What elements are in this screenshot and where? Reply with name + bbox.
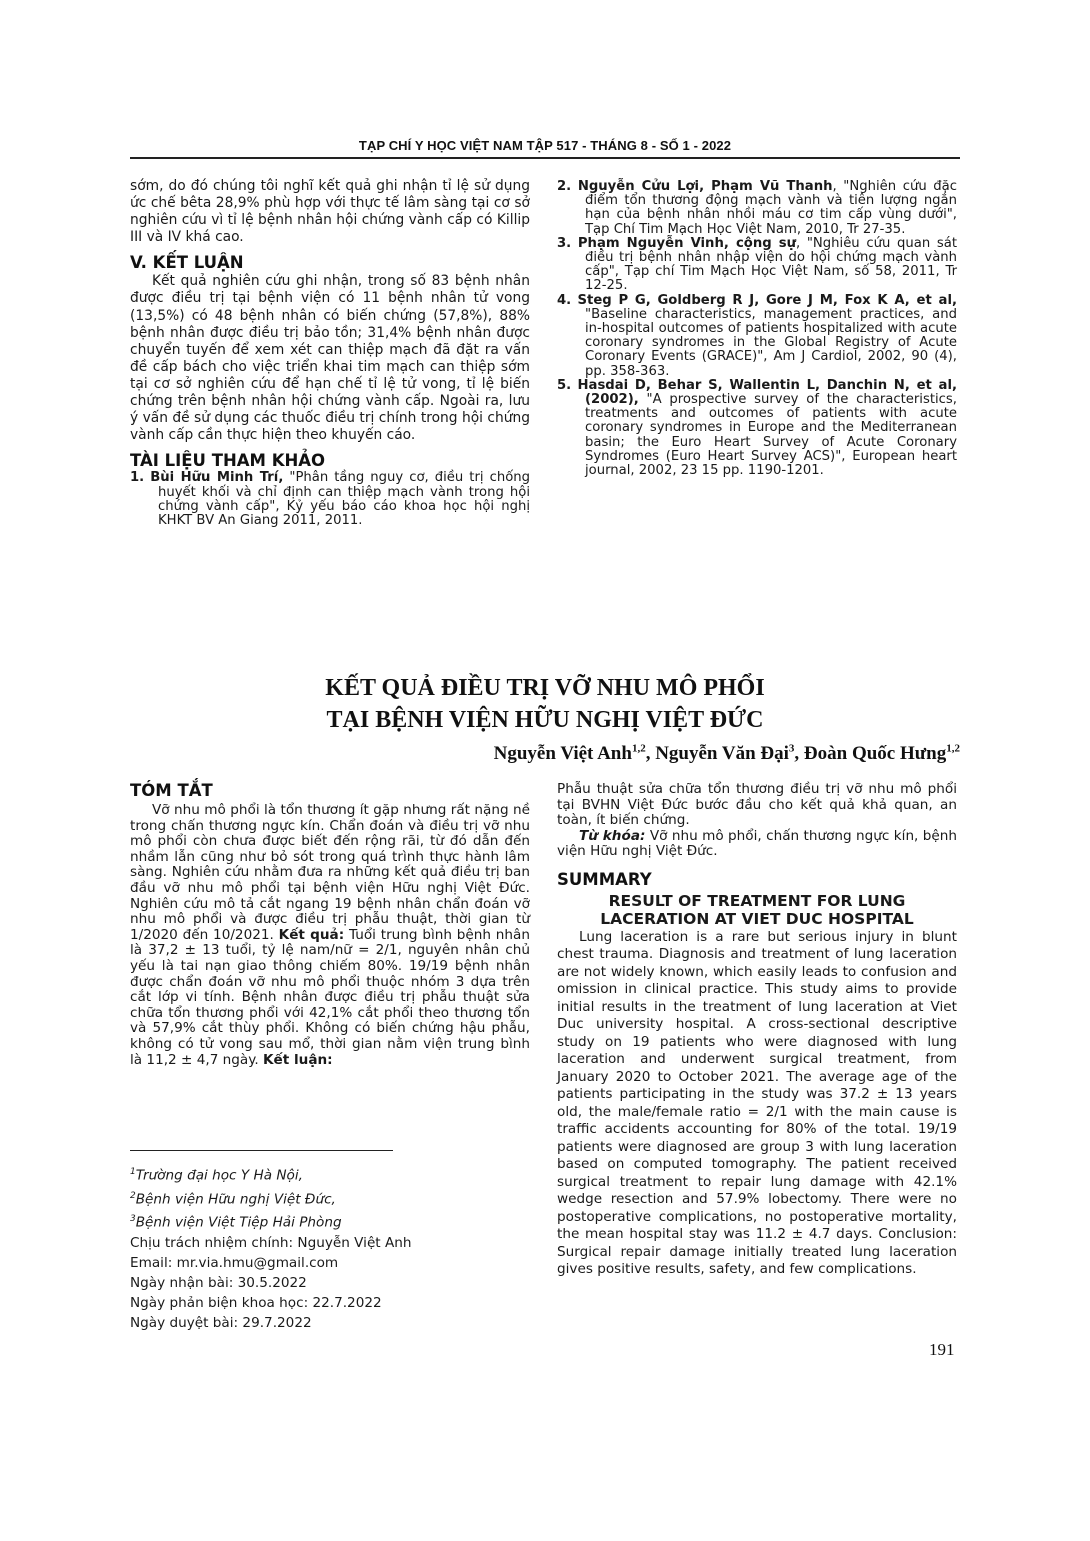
footnote-divider xyxy=(130,1150,393,1151)
summary-title: RESULT OF TREATMENT FOR LUNG LACERATION … xyxy=(557,892,957,929)
corresponding-author: Chịu trách nhiệm chính: Nguyễn Việt Anh xyxy=(130,1233,412,1253)
reference-number: 2. xyxy=(557,179,571,194)
footnotes: 1Trường đại học Y Hà Nội, 2Bệnh viện Hữu… xyxy=(130,1162,412,1333)
reference-number: 3. xyxy=(557,236,571,251)
abstract-body: Vỡ nhu mô phổi là tổn thương ít gặp nhưn… xyxy=(130,802,530,943)
page-number: 191 xyxy=(929,1340,955,1360)
prev-article-left-column: sớm, do đó chúng tôi nghĩ kết quả ghi nh… xyxy=(130,178,530,528)
author-affiliation-mark: 1,2 xyxy=(632,743,646,755)
reference-number: 1. xyxy=(130,470,144,485)
prev-article-right-column: 2. Nguyễn Cửu Lợi, Phạm Vũ Thanh, "Nghiê… xyxy=(557,180,957,478)
author-separator: , xyxy=(794,743,804,764)
author-name: Nguyễn Văn Đại xyxy=(655,743,789,764)
conclusion-text: Phẫu thuật sửa chữa tổn thương điều trị … xyxy=(557,781,957,828)
reference-authors: Steg P G, Goldberg R J, Gore J M, Fox K … xyxy=(578,293,957,308)
reference-number: 5. xyxy=(557,378,571,393)
header-divider xyxy=(130,157,960,159)
article-authors: Nguyễn Việt Anh1,2, Nguyễn Văn Đại3, Đoà… xyxy=(494,742,960,766)
reference-authors: Bùi Hữu Minh Trí, xyxy=(150,470,283,485)
date-reviewed: Ngày phản biện khoa học: 22.7.2022 xyxy=(130,1293,412,1313)
article-title: KẾT QUẢ ĐIỀU TRỊ VỠ NHU MÔ PHỔI TẠI BỆNH… xyxy=(130,672,960,736)
author-separator: , xyxy=(646,743,656,764)
keywords-label: Từ khóa: xyxy=(579,828,645,844)
results-label: Kết quả: xyxy=(279,927,345,943)
affiliation-1: 1Trường đại học Y Hà Nội, xyxy=(130,1162,412,1186)
author-affiliation-mark: 1,2 xyxy=(946,743,960,755)
author-name: Đoàn Quốc Hưng xyxy=(804,743,946,764)
reference-number: 4. xyxy=(557,293,571,308)
abstract-conclusion: Phẫu thuật sửa chữa tổn thương điều trị … xyxy=(557,782,957,829)
article-title-line-1: KẾT QUẢ ĐIỀU TRỊ VỠ NHU MÔ PHỔI xyxy=(130,672,960,704)
date-accepted: Ngày duyệt bài: 29.7.2022 xyxy=(130,1313,412,1333)
abstract-heading: TÓM TẮT xyxy=(130,781,530,801)
affiliation-3: 3Bệnh viện Việt Tiệp Hải Phòng xyxy=(130,1209,412,1233)
results-text: Tuổi trung bình bệnh nhân là 37,2 ± 13 t… xyxy=(130,927,530,1068)
abstract-paragraph: Vỡ nhu mô phổi là tổn thương ít gặp nhưn… xyxy=(130,803,530,1068)
reference-item: 1. Bùi Hữu Minh Trí, "Phân tầng nguy cơ,… xyxy=(130,471,530,528)
affiliation-text: Bệnh viện Hữu nghị Việt Đức, xyxy=(136,1191,336,1207)
summary-heading: SUMMARY xyxy=(557,870,957,890)
reference-authors: Phạm Nguyễn Vinh, cộng sự xyxy=(578,236,796,251)
affiliation-text: Trường đại học Y Hà Nội, xyxy=(136,1168,303,1184)
affiliation-2: 2Bệnh viện Hữu nghị Việt Đức, xyxy=(130,1186,412,1210)
reference-authors: Nguyễn Cửu Lợi, Phạm Vũ Thanh xyxy=(578,179,833,194)
summary-title-line-2: LACERATION AT VIET DUC HOSPITAL xyxy=(557,910,957,929)
reference-text: "A prospective survey of the characteris… xyxy=(585,392,957,478)
reference-text: "Baseline characteristics, management pr… xyxy=(585,307,957,379)
summary-title-line-1: RESULT OF TREATMENT FOR LUNG xyxy=(557,892,957,911)
reference-item: 3. Phạm Nguyễn Vinh, cộng sự, "Nghiêu cứ… xyxy=(557,237,957,294)
date-received: Ngày nhận bài: 30.5.2022 xyxy=(130,1273,412,1293)
continuation-paragraph: sớm, do đó chúng tôi nghĩ kết quả ghi nh… xyxy=(130,178,530,246)
running-header: TẠP CHÍ Y HỌC VIỆT NAM TẬP 517 - THÁNG 8… xyxy=(130,138,960,158)
summary-body: Lung laceration is a rare but serious in… xyxy=(557,929,957,1279)
article-title-line-2: TẠI BỆNH VIỆN HỮU NGHỊ VIỆT ĐỨC xyxy=(130,704,960,736)
conclusion-paragraph: Kết quả nghiên cứu ghi nhận, trong số 83… xyxy=(130,273,530,444)
reference-item: 5. Hasdai D, Behar S, Wallentin L, Danch… xyxy=(557,379,957,478)
affiliation-text: Bệnh viện Việt Tiệp Hải Phòng xyxy=(136,1215,342,1231)
keywords: Từ khóa: Vỡ nhu mô phổi, chấn thương ngự… xyxy=(557,829,957,860)
reference-item: 4. Steg P G, Goldberg R J, Gore J M, Fox… xyxy=(557,294,957,379)
journal-page: TẠP CHÍ Y HỌC VIỆT NAM TẬP 517 - THÁNG 8… xyxy=(0,0,1090,1541)
abstract-left-column: TÓM TẮT Vỡ nhu mô phổi là tổn thương ít … xyxy=(130,781,530,1068)
conclusion-label: Kết luận: xyxy=(263,1052,333,1068)
author-name: Nguyễn Việt Anh xyxy=(494,743,632,764)
reference-item: 2. Nguyễn Cửu Lợi, Phạm Vũ Thanh, "Nghiê… xyxy=(557,180,957,237)
conclusion-heading: V. KẾT LUẬN xyxy=(130,253,530,273)
abstract-right-column: Phẫu thuật sửa chữa tổn thương điều trị … xyxy=(557,782,957,1279)
email: Email: mr.via.hmu@gmail.com xyxy=(130,1253,412,1273)
references-heading: TÀI LIỆU THAM KHẢO xyxy=(130,451,530,471)
